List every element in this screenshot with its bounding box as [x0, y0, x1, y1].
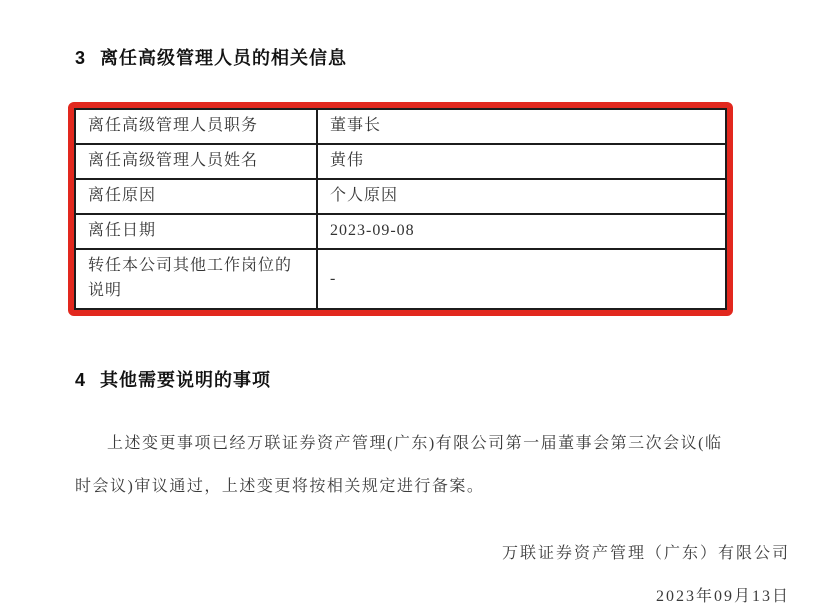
- section-3-heading: 3离任高级管理人员的相关信息: [0, 0, 831, 70]
- signature-date: 2023年09月13日: [0, 575, 790, 613]
- section-4-number: 4: [75, 370, 86, 391]
- table-row: 离任日期 2023-09-08: [75, 214, 726, 249]
- section-3-title: 离任高级管理人员的相关信息: [100, 48, 347, 68]
- paragraph-line-1: 上述变更事项已经万联证券资产管理(广东)有限公司第一届董事会第三次会议(临: [75, 422, 789, 465]
- table-row: 转任本公司其他工作岗位的说明 -: [75, 249, 726, 309]
- section-4-heading: 4其他需要说明的事项: [0, 316, 831, 392]
- signature-block: 万联证券资产管理（广东）有限公司 2023年09月13日: [0, 532, 831, 613]
- body-paragraph: 上述变更事项已经万联证券资产管理(广东)有限公司第一届董事会第三次会议(临 时会…: [0, 392, 831, 508]
- table-row: 离任原因 个人原因: [75, 179, 726, 214]
- row-value-cell: 黄伟: [317, 144, 726, 179]
- row-value-cell: -: [317, 249, 726, 309]
- section-4-title: 其他需要说明的事项: [100, 370, 271, 390]
- row-label-cell: 离任日期: [75, 214, 317, 249]
- row-value-cell: 2023-09-08: [317, 214, 726, 249]
- row-label-cell: 转任本公司其他工作岗位的说明: [75, 249, 317, 309]
- row-label-cell: 离任高级管理人员姓名: [75, 144, 317, 179]
- paragraph-line-2: 时会议)审议通过，上述变更将按相关规定进行备案。: [75, 465, 789, 508]
- document-page: 3离任高级管理人员的相关信息 离任高级管理人员职务 董事长 离任高级管理人员姓名…: [0, 0, 831, 613]
- row-value-cell: 董事长: [317, 109, 726, 144]
- row-label-cell: 离任原因: [75, 179, 317, 214]
- row-value-cell: 个人原因: [317, 179, 726, 214]
- row-label-cell: 离任高级管理人员职务: [75, 109, 317, 144]
- table-row: 离任高级管理人员职务 董事长: [75, 109, 726, 144]
- departure-info-table: 离任高级管理人员职务 董事长 离任高级管理人员姓名 黄伟 离任原因 个人原因 离…: [74, 108, 727, 310]
- section-3-number: 3: [75, 48, 86, 69]
- table-row: 离任高级管理人员姓名 黄伟: [75, 144, 726, 179]
- signature-company: 万联证券资产管理（广东）有限公司: [0, 532, 790, 575]
- highlight-red-annotation: 离任高级管理人员职务 董事长 离任高级管理人员姓名 黄伟 离任原因 个人原因 离…: [68, 102, 733, 316]
